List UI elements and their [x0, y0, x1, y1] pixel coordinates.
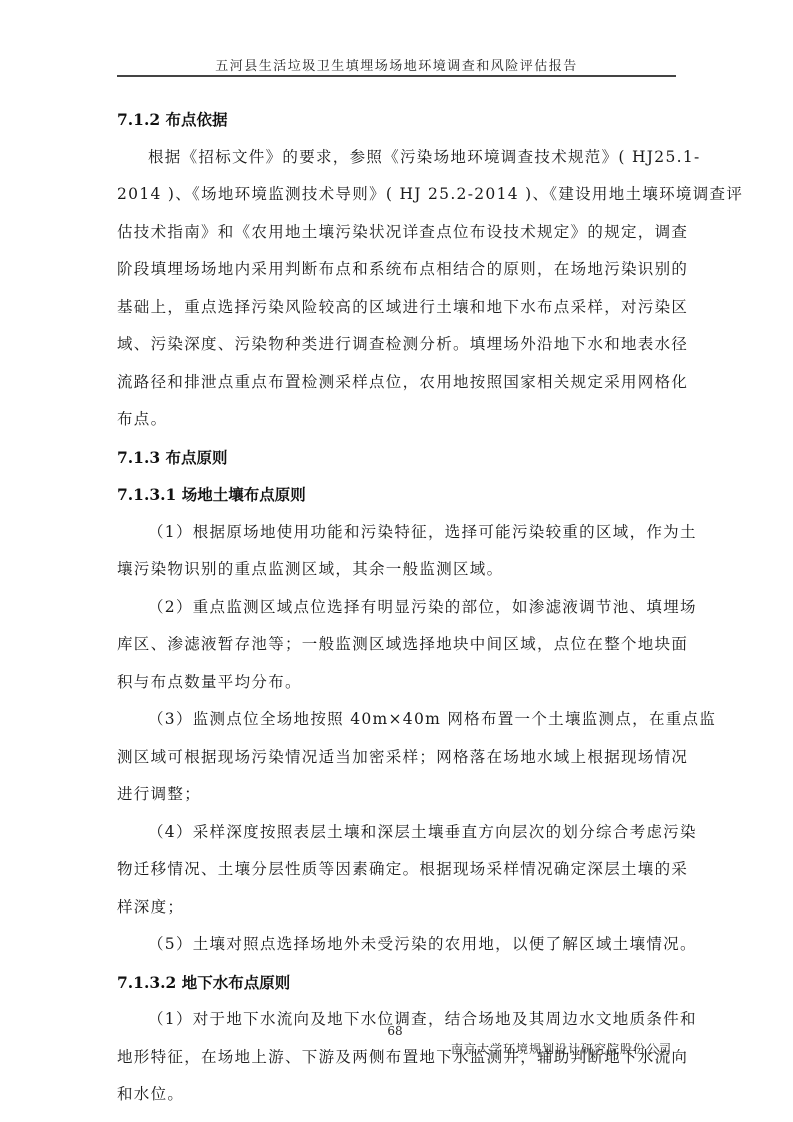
- text-line: 积与布点数量平均分布。: [117, 664, 676, 702]
- paragraph-soil-item-4: （4）采样深度按照表层土壤和深层土壤垂直方向层次的划分综合考虑污染 物迁移情况、…: [117, 814, 676, 927]
- text-line: （4）采样深度按照表层土壤和深层土壤垂直方向层次的划分综合考虑污染: [117, 814, 676, 852]
- text-line: 样深度；: [117, 889, 676, 927]
- text-line: （5）土壤对照点选择场地外未受污染的农用地，以便了解区域土壤情况。: [117, 926, 676, 964]
- text-line: （3）监测点位全场地按照 40m×40m 网格布置一个土壤监测点，在重点监: [117, 701, 676, 739]
- text-line: 根据《招标文件》的要求，参照《污染场地环境调查技术规范》( HJ25.1-: [117, 139, 676, 177]
- text-line: 布点。: [117, 401, 676, 439]
- section-heading-7-1-2: 7.1.2 布点依据: [117, 101, 676, 139]
- text-line: 阶段填埋场场地内采用判断布点和系统布点相结合的原则，在场地污染识别的: [117, 251, 676, 289]
- text-line: 估技术指南》和《农用地土壤污染状况详查点位布设技术规定》的规定，调查: [117, 214, 676, 252]
- text-line: 域、污染深度、污染物种类进行调查检测分析。填埋场外沿地下水和地表水径: [117, 326, 676, 364]
- section-heading-7-1-3: 7.1.3 布点原则: [117, 439, 676, 477]
- text-line: 和水位。: [117, 1076, 676, 1114]
- text-line: 壤污染物识别的重点监测区域，其余一般监测区域。: [117, 551, 676, 589]
- header-rule: [117, 75, 676, 77]
- text-line: 物迁移情况、土壤分层性质等因素确定。根据现场采样情况确定深层土壤的采: [117, 851, 676, 889]
- paragraph-soil-item-1: （1）根据原场地使用功能和污染特征，选择可能污染较重的区域，作为土 壤污染物识别…: [117, 514, 676, 589]
- text-line: 2014 )、《场地环境监测技术导则》( HJ 25.2-2014 )、《建设用…: [117, 176, 676, 214]
- paragraph-soil-item-3: （3）监测点位全场地按照 40m×40m 网格布置一个土壤监测点，在重点监 测区…: [117, 701, 676, 814]
- text-line: （2）重点监测区域点位选择有明显污染的部位，如渗滤液调节池、填埋场: [117, 589, 676, 627]
- document-body: 7.1.2 布点依据 根据《招标文件》的要求，参照《污染场地环境调查技术规范》(…: [117, 101, 676, 1114]
- footer-organization: 南京大学环境规划设计研究院股份公司: [451, 1040, 672, 1057]
- section-heading-7-1-3-1: 7.1.3.1 场地土壤布点原则: [117, 476, 676, 514]
- text-line: 库区、渗滤液暂存池等；一般监测区域选择地块中间区域，点位在整个地块面: [117, 626, 676, 664]
- page-header-title: 五河县生活垃圾卫生填埋场场地环境调查和风险评估报告: [117, 55, 676, 74]
- page-number: 68: [383, 1024, 407, 1038]
- text-line: 基础上，重点选择污染风险较高的区域进行土壤和地下水布点采样，对污染区: [117, 289, 676, 327]
- paragraph-groundwater-item-1: （1）对于地下水流向及地下水位调查，结合场地及其周边水文地质条件和 地形特征，在…: [117, 1001, 676, 1114]
- text-line: （1）根据原场地使用功能和污染特征，选择可能污染较重的区域，作为土: [117, 514, 676, 552]
- text-line: 流路径和排泄点重点布置检测采样点位，农用地按照国家相关规定采用网格化: [117, 364, 676, 402]
- text-line: 测区域可根据现场污染情况适当加密采样；网格落在场地水域上根据现场情况: [117, 739, 676, 777]
- paragraph-basis: 根据《招标文件》的要求，参照《污染场地环境调查技术规范》( HJ25.1- 20…: [117, 139, 676, 439]
- paragraph-soil-item-5: （5）土壤对照点选择场地外未受污染的农用地，以便了解区域土壤情况。: [117, 926, 676, 964]
- paragraph-soil-item-2: （2）重点监测区域点位选择有明显污染的部位，如渗滤液调节池、填埋场 库区、渗滤液…: [117, 589, 676, 702]
- text-line: 进行调整；: [117, 776, 676, 814]
- section-heading-7-1-3-2: 7.1.3.2 地下水布点原则: [117, 964, 676, 1002]
